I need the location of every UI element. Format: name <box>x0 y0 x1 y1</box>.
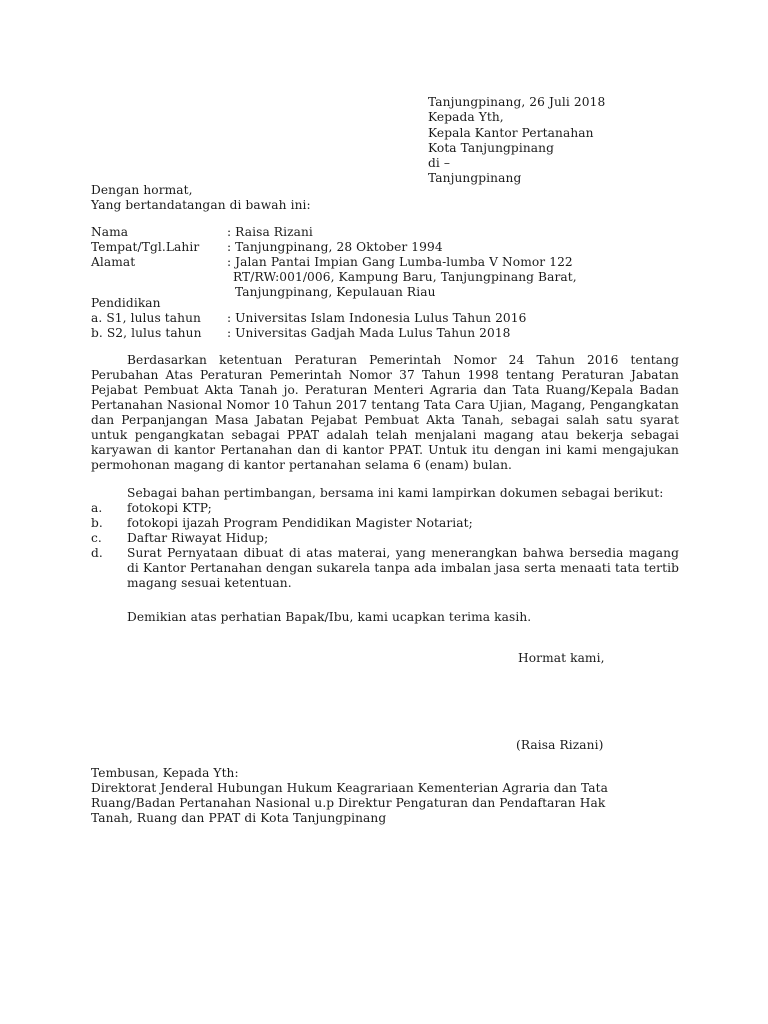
education-label: b. S2, lulus tahun <box>91 326 202 341</box>
carbon-copy-line-2: Ruang/Badan Pertanahan Nasional u.p Dire… <box>91 796 691 811</box>
place-date: Tanjungpinang, 26 Juli 2018 <box>428 95 605 110</box>
signature-name: (Raisa Rizani) <box>516 738 603 752</box>
name-label: Nama <box>91 225 128 240</box>
birth-label: Tempat/Tgl.Lahir <box>91 240 199 255</box>
closing-block: Demikian atas perhatian Bapak/Ibu, kami … <box>91 610 679 625</box>
attachments-block: Sebagai bahan pertimbangan, bersama ini … <box>91 486 679 591</box>
body-paragraph-block: Berdasarkan ketentuan Peraturan Pemerint… <box>91 353 679 473</box>
education-value: : Universitas Islam Indonesia Lulus Tahu… <box>227 311 527 326</box>
identity-row-birth: Tempat/Tgl.Lahir : Tanjungpinang, 28 Okt… <box>91 240 679 255</box>
attachment-text: Surat Pernyataan dibuat di atas materai,… <box>127 546 679 590</box>
attachment-marker: c. <box>91 531 102 546</box>
salutation-block: Dengan hormat, Yang bertandatangan di ba… <box>91 183 679 213</box>
attachment-marker: a. <box>91 501 102 516</box>
recipient-line-2: Kota Tanjungpinang <box>428 141 605 156</box>
education-row: a. S1, lulus tahun : Universitas Islam I… <box>91 311 679 326</box>
signature-closing: Hormat kami, <box>518 651 605 665</box>
address-label: Alamat <box>91 255 135 270</box>
attachment-marker: b. <box>91 516 103 531</box>
recipient-line-1: Kepala Kantor Pertanahan <box>428 126 605 141</box>
education-title: Pendidikan <box>91 296 679 311</box>
identity-row-address: Alamat : Jalan Pantai Impian Gang Lumba-… <box>91 255 679 270</box>
attachments-intro: Sebagai bahan pertimbangan, bersama ini … <box>91 486 679 501</box>
carbon-copy-line-1: Direktorat Jenderal Hubungan Hukum Keagr… <box>91 781 691 796</box>
name-value: : Raisa Rizani <box>227 225 313 240</box>
recipient-address-block: Tanjungpinang, 26 Juli 2018 Kepada Yth, … <box>428 95 605 187</box>
salutation: Dengan hormat, <box>91 183 679 198</box>
carbon-copy-title: Tembusan, Kepada Yth: <box>91 766 691 781</box>
education-block: Pendidikan a. S1, lulus tahun : Universi… <box>91 296 679 341</box>
at-label: di – <box>428 156 605 171</box>
education-label: a. S1, lulus tahun <box>91 311 201 326</box>
attachment-marker: d. <box>91 546 103 561</box>
education-value: : Universitas Gadjah Mada Lulus Tahun 20… <box>227 326 511 341</box>
to-label: Kepada Yth, <box>428 110 605 125</box>
attachment-text: Daftar Riwayat Hidup; <box>127 531 268 545</box>
attachment-item: a. fotokopi KTP; <box>91 501 679 516</box>
carbon-copy-block: Tembusan, Kepada Yth: Direktorat Jendera… <box>91 766 691 826</box>
address-line-2: RT/RW:001/006, Kampung Baru, Tanjungpina… <box>233 270 577 285</box>
carbon-copy-line-3: Tanah, Ruang dan PPAT di Kota Tanjungpin… <box>91 811 691 826</box>
attachment-text: fotokopi KTP; <box>127 501 212 515</box>
attachment-text: fotokopi ijazah Program Pendidikan Magis… <box>127 516 473 530</box>
birth-value: : Tanjungpinang, 28 Oktober 1994 <box>227 240 443 255</box>
address-line-1: : Jalan Pantai Impian Gang Lumba-lumba V… <box>227 255 573 270</box>
identity-row-name: Nama : Raisa Rizani <box>91 225 679 240</box>
attachment-item: c. Daftar Riwayat Hidup; <box>91 531 679 546</box>
attachment-item: b. fotokopi ijazah Program Pendidikan Ma… <box>91 516 679 531</box>
identity-block: Nama : Raisa Rizani Tempat/Tgl.Lahir : T… <box>91 225 679 300</box>
education-row: b. S2, lulus tahun : Universitas Gadjah … <box>91 326 679 341</box>
attachment-item: d. Surat Pernyataan dibuat di atas mater… <box>91 546 679 591</box>
closing-paragraph: Demikian atas perhatian Bapak/Ibu, kami … <box>91 610 679 625</box>
letter-page: Tanjungpinang, 26 Juli 2018 Kepada Yth, … <box>0 0 768 1024</box>
intro-line: Yang bertandatangan di bawah ini: <box>91 198 679 213</box>
body-paragraph: Berdasarkan ketentuan Peraturan Pemerint… <box>91 353 679 473</box>
identity-row-address-2: RT/RW:001/006, Kampung Baru, Tanjungpina… <box>91 270 679 285</box>
